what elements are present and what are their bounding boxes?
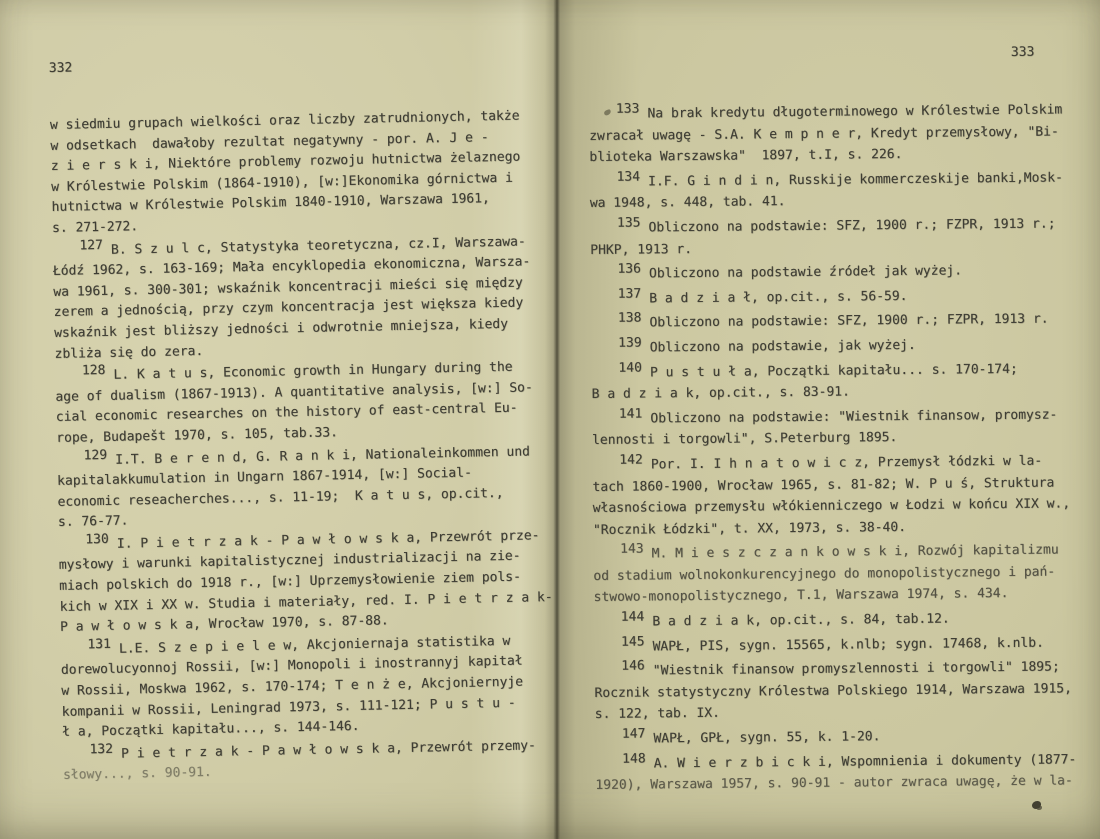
footnote-text: Obliczono na podstawie: "Wiestnik finans… xyxy=(650,407,1057,426)
footnote-134: 134I.F. G i n d i n, Russkije kommerczes… xyxy=(589,167,1063,215)
footnote-number: 147 xyxy=(622,727,646,742)
footnote-number: 135 xyxy=(617,215,641,230)
footnote-130: 130I. P i e t r z a k - P a w ł o w s k … xyxy=(58,526,534,638)
page-number-left: 332 xyxy=(49,48,523,80)
text-paragraph: w siedmiu grupach wielkości oraz liczby … xyxy=(50,106,526,239)
footnote-number: 140 xyxy=(618,360,642,375)
first-line-indent xyxy=(57,464,84,465)
footnote-number: 133 xyxy=(616,102,640,117)
first-line-indent xyxy=(58,548,85,549)
footnote-text: I.F. G i n d i n, Russkije kommerczeskij… xyxy=(648,170,1063,189)
text-line: 138Obliczono na podstawie: SFZ, 1900 r.;… xyxy=(591,309,1065,335)
footnote-text: M. M i e s z c z a n k o w s k i, Rozwój… xyxy=(652,543,1059,562)
footnote-128: 128L. K a t u s, Economic growth in Hung… xyxy=(55,358,531,450)
text-line: wa 1948, s. 448, tab. 41. xyxy=(590,189,1064,215)
footnote-text: Obliczono na podstawie źródeł jak wyżej. xyxy=(649,264,962,282)
footnote-text: B a d z i a ł, op.cit., s. 56-59. xyxy=(649,289,907,306)
footnote-129: 129I.T. B e r e n d, G. R a n k i, Natio… xyxy=(56,442,532,534)
footnote-141: 141Obliczono na podstawie: "Wiestnik fin… xyxy=(592,404,1066,452)
footnote-number: 127 xyxy=(79,238,103,253)
footnote-number: 143 xyxy=(620,542,644,557)
text-line: 135Obliczono na podstawie: SFZ, 1900 r.;… xyxy=(590,213,1064,239)
footnote-number: 132 xyxy=(89,742,113,757)
footnote-127: 127B. S z u l c, Statystyka teoretyczna,… xyxy=(52,232,528,365)
right-footnotes: 133Na brak kredytu długoterminowego w Kr… xyxy=(589,99,1070,796)
first-line-indent xyxy=(55,380,82,381)
footnote-144: 144B a d z i a k, op.cit., s. 84, tab.12… xyxy=(594,607,1068,633)
text-line: stwowo-monopolistycznego, T.1, Warszawa … xyxy=(593,583,1067,609)
text-line: 137B a d z i a ł, op.cit., s. 56-59. xyxy=(591,284,1065,310)
footnote-number: 129 xyxy=(83,447,107,462)
book-scan-surface: 332 w siedmiu grupach wielkości oraz lic… xyxy=(0,0,1100,839)
footnote-text: B a d z i a k, op.cit., s. 84, tab.12. xyxy=(652,612,950,630)
footnote-text: WAPŁ, PIS, sygn. 15565, k.nlb; sygn. 174… xyxy=(652,635,1043,654)
footnote-146: 146"Wiestnik finansow promyszlennosti i … xyxy=(594,657,1069,726)
first-line-indent xyxy=(63,758,90,759)
footnote-135: 135Obliczono na podstawie: SFZ, 1900 r.;… xyxy=(590,213,1064,261)
footnote-133: 133Na brak kredytu długoterminowego w Kr… xyxy=(589,99,1064,168)
footnote-number: 141 xyxy=(619,406,643,421)
text-line: 136Obliczono na podstawie źródeł jak wyż… xyxy=(590,260,1064,286)
text-line: 139Obliczono na podstawie, jak wyżej. xyxy=(591,333,1065,359)
footnote-140: 140P u s t u ł a, Początki kapitału... s… xyxy=(591,358,1065,406)
footnote-text: Obliczono na podstawie, jak wyżej. xyxy=(650,338,916,356)
text-line: B a d z i a k, op.cit., s. 83-91. xyxy=(592,380,1066,406)
footnote-145: 145WAPŁ, PIS, sygn. 15565, k.nlb; sygn. … xyxy=(594,632,1068,658)
footnote-139: 139Obliczono na podstawie, jak wyżej. xyxy=(591,333,1065,359)
page-number-right: 333 xyxy=(588,41,1062,68)
first-line-indent xyxy=(61,653,88,654)
footnote-number: 144 xyxy=(621,610,645,625)
footnote-text: WAPŁ, GPŁ, sygn. 55, k. 1-20. xyxy=(653,729,880,746)
text-line: własnościowa przemysłu włókienniczego w … xyxy=(593,494,1067,520)
footnote-number: 138 xyxy=(618,311,642,326)
footnote-137: 137B a d z i a ł, op.cit., s. 56-59. xyxy=(591,284,1065,310)
footnote-148: 148A. W i e r z b i c k i, Wspomnienia i… xyxy=(595,749,1069,797)
footnote-number: 134 xyxy=(616,169,640,184)
footnote-138: 138Obliczono na podstawie: SFZ, 1900 r.;… xyxy=(591,309,1065,335)
footnote-147: 147WAPŁ, GPŁ, sygn. 55, k. 1-20. xyxy=(595,724,1069,750)
footnote-text: Obliczono na podstawie: SFZ, 1900 r.; FZ… xyxy=(649,312,1048,331)
text-line: lennosti i torgowli", S.Peterburg 1895. xyxy=(592,426,1066,452)
text-line: s. 122, tab. IX. xyxy=(595,700,1069,726)
footnote-number: 130 xyxy=(85,532,109,547)
footnote-number: 137 xyxy=(618,286,642,301)
footnote-143: 143M. M i e s z c z a n k o w s k i, Roz… xyxy=(593,540,1068,609)
right-page-text: 333 133Na brak kredytu długoterminowego … xyxy=(588,11,1070,829)
footnote-text: P u s t u ł a, Początki kapitału... s. 1… xyxy=(650,361,1018,380)
first-line-indent xyxy=(53,254,80,255)
footnote-number: 131 xyxy=(87,637,111,652)
footnote-number: 142 xyxy=(619,452,643,467)
footnote-136: 136Obliczono na podstawie źródeł jak wyż… xyxy=(590,260,1064,286)
text-line: 1920), Warszawa 1957, s. 90-91 - autor z… xyxy=(595,771,1069,797)
footnote-131: 131L.E. S z e p i e l e w, Akcjoniernaja… xyxy=(60,631,536,743)
footnote-number: 139 xyxy=(618,335,642,350)
footnote-text: Na brak kredytu długoterminowego w Króle… xyxy=(647,102,1062,121)
footnote-number: 136 xyxy=(617,262,641,277)
footnote-number: 146 xyxy=(621,659,645,674)
footnote-text: A. W i e r z b i c k i, Wspomnienia i do… xyxy=(654,752,1077,771)
footnote-text: "Wiestnik finansow promyszlennosti i tor… xyxy=(653,660,1060,679)
text-line: 147WAPŁ, GPŁ, sygn. 55, k. 1-20. xyxy=(595,724,1069,750)
footnote-text: Por. I. I h n a t o w i c z, Przemysł łó… xyxy=(651,454,1042,473)
left-page-text: 332 w siedmiu grupach wielkości oraz lic… xyxy=(48,18,538,818)
text-line: blioteka Warszawska" 1897, t.I, s. 226. xyxy=(589,143,1063,169)
footnote-number: 128 xyxy=(82,363,106,378)
text-line: PHKP, 1913 r. xyxy=(590,235,1064,261)
text-line: 144B a d z i a k, op.cit., s. 84, tab.12… xyxy=(594,607,1068,633)
footnote-132: 132P i e t r z a k - P a w ł o w s k a, … xyxy=(62,736,537,787)
text-line: 145WAPŁ, PIS, sygn. 15565, k.nlb; sygn. … xyxy=(594,632,1068,658)
footnote-number: 145 xyxy=(621,634,645,649)
footnote-text: Obliczono na podstawie: SFZ, 1900 r.; FZ… xyxy=(648,216,1055,235)
footnote-number: 148 xyxy=(622,751,646,766)
left-footnotes: w siedmiu grupach wielkości oraz liczby … xyxy=(50,106,537,786)
footnote-142: 142Por. I. I h n a t o w i c z, Przemysł… xyxy=(592,450,1067,541)
text-line: "Rocznik Łódzki", t. XX, 1973, s. 38-40. xyxy=(593,515,1067,541)
